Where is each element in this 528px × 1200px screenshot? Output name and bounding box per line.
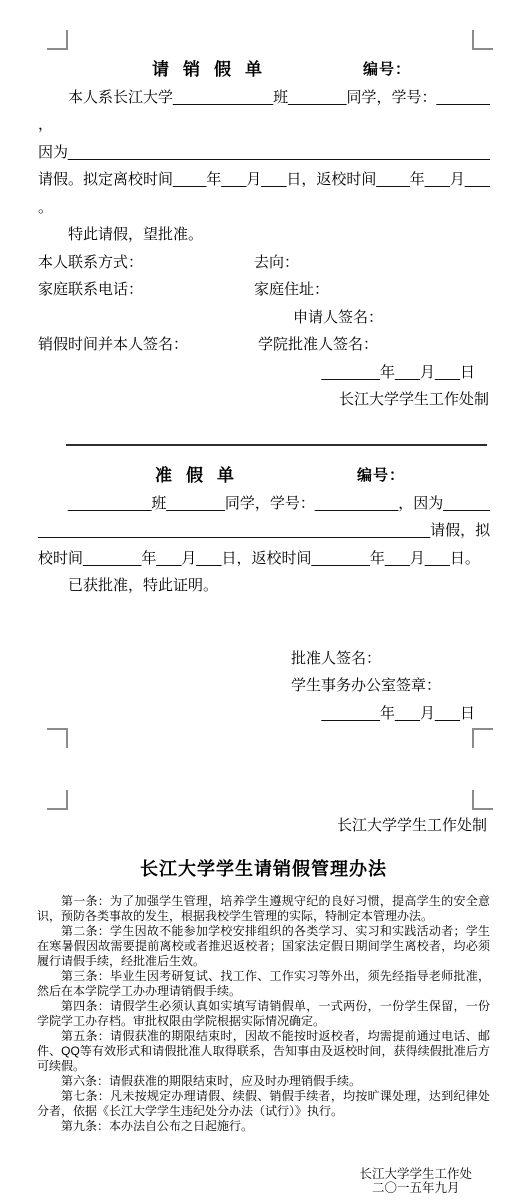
form1-reason-line: 因为______________________________________…: [38, 139, 490, 167]
leave-approval-form: 准假单 编号： __________班_______同学，学号：________…: [38, 462, 490, 727]
crop-mark-page2-top-right: [472, 790, 493, 810]
destination-label: 去向：: [254, 249, 299, 277]
footer-date: 二〇一五年九月: [359, 1181, 472, 1195]
article-1: 第一条：为了加强学生管理，培养学生遵规守纪的良好习惯，提高学生的安全意识，预防各…: [37, 894, 490, 924]
form2-title: 准假单: [155, 462, 248, 490]
form-divider-line: [66, 444, 487, 446]
form2-office-seal-row: 学生事务办公室签章：: [38, 672, 490, 700]
form1-cancel-sign-row: 销假时间并本人签名： 学院批准人签名：: [38, 331, 490, 359]
form1-date-line: _______年___月___日: [38, 359, 490, 387]
form1-period-line: 。: [38, 194, 490, 222]
crop-mark-page1-top-right: [472, 30, 493, 50]
article-4: 第四条：请假学生必须认真如实填写请销假单，一式两份，一份学生保留，一份学院学工办…: [37, 999, 490, 1029]
home-phone-label: 家庭联系电话：: [38, 281, 143, 298]
form1-maker-footer: 长江大学学生工作处制: [38, 386, 490, 414]
article-7: 第七条：凡未按规定办理请假、续假、销假手续者，均按旷课处理，达到纪律处分者，依据…: [37, 1089, 490, 1119]
article-2: 第二条：学生因故不能参加学校安排组织的各类学习、实习和实践活动者；学生在寒暑假因…: [37, 924, 490, 969]
article-9: 第九条：本办法自公布之日起施行。: [37, 1119, 490, 1134]
form2-date-line: _______年___月___日: [38, 700, 490, 728]
cancel-sign-label: 销假时间并本人签名：: [38, 336, 188, 353]
form1-title: 请销假单: [152, 56, 276, 84]
form2-number-label: 编号：: [357, 462, 405, 490]
crop-mark-page2-top-left: [47, 790, 68, 810]
leave-request-form: 请销假单 编号： 本人系长江大学____________班_______同学，学…: [38, 56, 490, 414]
form1-contact-row: 本人联系方式： 去向：: [38, 249, 490, 277]
regulations-title: 长江大学学生请销假管理办法: [37, 858, 490, 880]
form2-reason-line: ________________________________________…: [38, 517, 490, 545]
crop-mark-page1-bottom-right: [472, 728, 493, 748]
contact-label: 本人联系方式：: [38, 254, 143, 271]
form1-comma-line: ，: [38, 111, 490, 139]
form2-title-row: 准假单 编号：: [38, 462, 490, 490]
article-6: 第六条：请假获准的期限结束时，应及时办理销假手续。: [37, 1074, 490, 1089]
form1-title-row: 请销假单 编号：: [38, 56, 490, 84]
form2-student-line: __________班_______同学，学号：__________，因为___…: [38, 490, 490, 518]
form1-request-line: 特此请假，望批准。: [38, 221, 490, 249]
crop-mark-page1-bottom-left: [47, 728, 68, 748]
form1-home-row: 家庭联系电话： 家庭住址：: [38, 276, 490, 304]
crop-mark-page1-top-left: [47, 30, 68, 50]
form2-approver-sign-row: 批准人签名：: [38, 645, 490, 673]
page2-footer: 长江大学学生工作处 二〇一五年九月: [359, 1167, 472, 1195]
footer-org: 长江大学学生工作处: [359, 1167, 472, 1181]
college-approver-label: 学院批准人签名：: [258, 331, 378, 359]
form1-number-label: 编号：: [363, 56, 411, 84]
document-page: 请销假单 编号： 本人系长江大学____________班_______同学，学…: [0, 0, 528, 1200]
office-seal-label: 学生事务办公室签章：: [291, 672, 441, 700]
page1-maker-footer: 长江大学学生工作处制: [337, 812, 487, 839]
form1-student-line: 本人系长江大学____________班_______同学，学号：_______…: [38, 84, 490, 112]
form1-applicant-sign-row: 申请人签名：: [38, 304, 490, 332]
regulations-section: 长江大学学生请销假管理办法 第一条：为了加强学生管理，培养学生遵规守纪的良好习惯…: [37, 858, 490, 1134]
home-address-label: 家庭住址：: [254, 276, 329, 304]
article-5: 第五条：请假获准的期限结束时，因故不能按时返校者，均需提前通过电话、邮件、QQ等…: [37, 1029, 490, 1074]
article-3: 第三条：毕业生因考研复试、找工作、工作实习等外出，须先经指导老师批准，然后在本学…: [37, 969, 490, 999]
applicant-sign-label: 申请人签名：: [293, 304, 383, 332]
form1-dates-line: 请假。拟定离校时间____年___月___日，返校时间____年___月___日: [38, 166, 490, 194]
form2-dates-line: 校时间_______年___月___日，返校时间_______年___月___日…: [38, 545, 490, 573]
form2-spacer: [38, 600, 490, 645]
approver-sign-label: 批准人签名：: [291, 645, 381, 673]
form2-approved-line: 已获批准，特此证明。: [38, 572, 490, 600]
